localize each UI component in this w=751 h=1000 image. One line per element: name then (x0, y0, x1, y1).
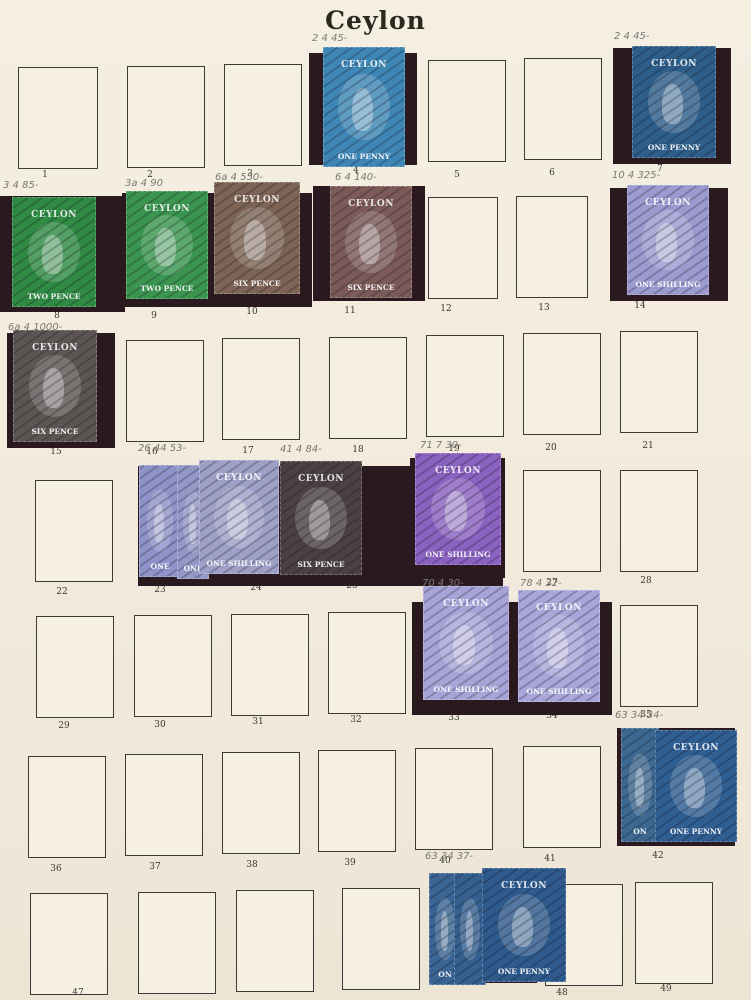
stamp-country: CEYLON (633, 59, 715, 69)
pencil-annotation: 78 4 32- (520, 578, 562, 589)
stamp-value: ON (624, 827, 656, 836)
stamp-country: CEYLON (416, 466, 500, 476)
pencil-annotation: 63 34 37- (425, 851, 473, 862)
stamp-space-18 (329, 337, 407, 439)
stamp-value: ONE PENNY (485, 967, 563, 976)
stamp-space-17 (222, 338, 300, 440)
space-number: 28 (634, 576, 658, 586)
space-number: 6 (540, 168, 564, 178)
space-number: 8 (45, 311, 69, 321)
space-number: 11 (338, 306, 362, 316)
pencil-annotation: 2 4 45- (312, 33, 347, 44)
space-number: 22 (50, 587, 74, 597)
pencil-annotation: 3 4 85- (3, 180, 38, 191)
stamp-s15: CEYLONSIX PENCE (13, 330, 97, 442)
space-number: 49 (654, 984, 678, 994)
stamp-space-47 (30, 893, 108, 995)
space-number: 21 (636, 441, 660, 451)
stamp-s24: CEYLONONE SHILLING (199, 460, 279, 574)
pencil-annotation: 10 4 325- (612, 170, 660, 181)
stamp-space-20 (523, 333, 601, 435)
space-number: 42 (646, 851, 670, 861)
stamp-country: CEYLON (628, 198, 708, 208)
stamp-space-13 (516, 196, 588, 298)
space-number: 1 (33, 170, 57, 180)
pencil-annotation: 71 7 30- (420, 440, 462, 451)
space-number: 9 (142, 311, 166, 321)
stamp-country: CEYLON (127, 204, 207, 214)
space-number: 39 (338, 858, 362, 868)
stamp-s33: CEYLONONE SHILLING (423, 586, 509, 700)
stamp-value: SIX PENCE (16, 427, 94, 436)
stamp-value: ONE SHILLING (426, 685, 506, 694)
space-number: 18 (346, 445, 370, 455)
stamp-country: CEYLON (324, 60, 404, 70)
stamp-value: ONE PENNY (326, 152, 402, 161)
stamp-space-35 (620, 605, 698, 707)
stamp-s47c: CEYLONONE PENNY (482, 868, 566, 982)
stamp-value: SIX PENCE (283, 560, 359, 569)
stamp-space-39 (318, 750, 396, 852)
pencil-annotation: 2 4 45- (614, 31, 649, 42)
space-number: 47 (66, 988, 90, 998)
space-number: 10 (240, 307, 264, 317)
space-number: 36 (44, 864, 68, 874)
space-number: 38 (240, 860, 264, 870)
space-number: 5 (445, 170, 469, 180)
stamp-country: CEYLON (656, 743, 736, 753)
space-number: 41 (538, 854, 562, 864)
cancellation-mark (455, 874, 485, 984)
stamp-space-30 (134, 615, 212, 717)
stamp-space-29 (36, 616, 114, 718)
stamp-space-36 (28, 756, 106, 858)
stamp-s19: CEYLONONE SHILLING (415, 453, 501, 565)
stamp-space-31 (231, 614, 309, 716)
stamp-value: ONE SHILLING (521, 687, 597, 696)
stamp-space-49 (635, 882, 713, 984)
space-number: 15 (44, 447, 68, 457)
stamp-value: ONE PENNY (658, 827, 734, 836)
stamp-country: CEYLON (14, 343, 96, 353)
stamp-country: CEYLON (331, 199, 411, 209)
stamp-value: SIX PENCE (333, 283, 409, 292)
album-page: Ceylon 123456789101112131415161718192021… (0, 0, 751, 1000)
stamp-value: TWO PENCE (15, 292, 93, 301)
stamp-value: ONE SHILLING (418, 550, 498, 559)
cancellation-mark (140, 466, 180, 576)
stamp-country: CEYLON (215, 195, 299, 205)
space-number: 29 (52, 721, 76, 731)
stamp-value: ONE (142, 562, 178, 571)
pencil-annotation: 63 34 34- (615, 710, 663, 721)
pencil-annotation: 41 4 84- (280, 444, 322, 455)
stamp-country: CEYLON (519, 603, 599, 613)
stamp-space-5 (428, 60, 506, 162)
stamp-space-22 (35, 480, 113, 582)
stamp-space-2 (127, 66, 205, 168)
space-number: 23 (148, 585, 172, 595)
stamp-s7: CEYLONONE PENNY (632, 46, 716, 158)
stamp-country: CEYLON (13, 210, 95, 220)
pencil-annotation: 6 4 140- (335, 172, 377, 183)
stamp-s42a: ON (621, 728, 659, 842)
cancellation-mark (622, 729, 658, 841)
space-number: 30 (148, 720, 172, 730)
stamp-space-3 (224, 64, 302, 166)
pencil-annotation: 70 4 30- (422, 578, 464, 589)
stamp-space-19 (426, 335, 504, 437)
stamp-s9: CEYLONTWO PENCE (126, 191, 208, 299)
space-number: 31 (246, 717, 270, 727)
stamp-space-28 (620, 470, 698, 572)
space-number: 14 (628, 301, 652, 311)
stamp-country: CEYLON (483, 881, 565, 891)
stamp-space-37 (125, 754, 203, 856)
stamp-country: CEYLON (200, 473, 278, 483)
stamp-value: SIX PENCE (217, 279, 297, 288)
stamp-space-27 (523, 470, 601, 572)
stamp-space-6 (524, 58, 602, 160)
space-number: 12 (434, 304, 458, 314)
stamp-space-extra (236, 890, 314, 992)
space-number: 17 (236, 446, 260, 456)
stamp-value: ONE SHILLING (202, 559, 276, 568)
stamp-space-extra (342, 888, 420, 990)
stamp-space-38 (222, 752, 300, 854)
space-number: 20 (539, 443, 563, 453)
stamp-value: ONE PENNY (635, 143, 713, 152)
stamp-s25: CEYLONSIX PENCE (280, 461, 362, 575)
stamp-space-21 (620, 331, 698, 433)
space-number: 13 (532, 303, 556, 313)
stamp-space-extra (138, 892, 216, 994)
stamp-space-40 (415, 748, 493, 850)
stamp-s34: CEYLONONE SHILLING (518, 590, 600, 702)
stamp-s11: CEYLONSIX PENCE (330, 186, 412, 298)
pencil-annotation: 26 44 53- (138, 443, 186, 454)
stamp-s42b: CEYLONONE PENNY (655, 730, 737, 842)
stamp-s4: CEYLONONE PENNY (323, 47, 405, 167)
stamp-value: TWO PENCE (129, 284, 205, 293)
space-number: 37 (143, 862, 167, 872)
pencil-annotation: 6a 4 1000- (8, 322, 62, 333)
stamp-space-12 (428, 197, 498, 299)
stamp-s14: CEYLONONE SHILLING (627, 185, 709, 295)
stamp-country: CEYLON (281, 474, 361, 484)
space-number: 48 (550, 988, 574, 998)
stamp-space-16 (126, 340, 204, 442)
stamp-s8: CEYLONTWO PENCE (12, 197, 96, 307)
stamp-space-32 (328, 612, 406, 714)
pencil-annotation: 3a 4 90 (125, 178, 163, 189)
stamp-value: ONE SHILLING (630, 280, 706, 289)
space-number: 32 (344, 715, 368, 725)
stamp-space-41 (523, 746, 601, 848)
stamp-s23a: ONE (139, 465, 181, 577)
stamp-s10: CEYLONSIX PENCE (214, 182, 300, 294)
stamp-country: CEYLON (424, 599, 508, 609)
pencil-annotation: 6a 4 550- (215, 172, 263, 183)
stamp-space-1 (18, 67, 98, 169)
